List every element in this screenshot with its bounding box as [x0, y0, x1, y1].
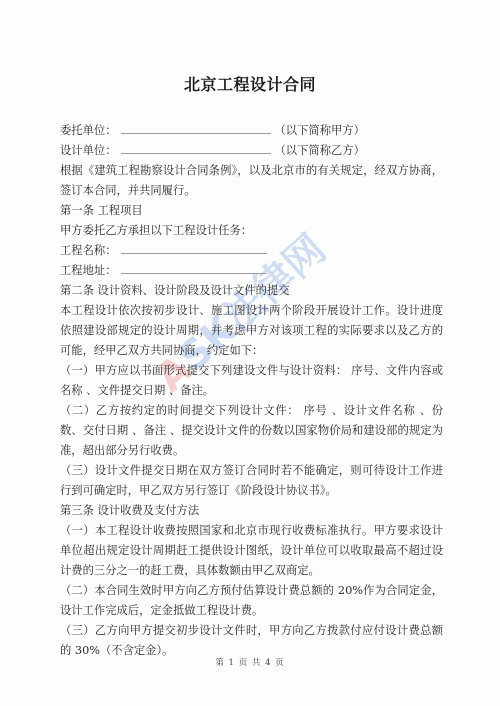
party-b-note: （以下简称乙方） — [275, 144, 365, 157]
project-name-line: 工程名称： — [60, 241, 443, 261]
party-b-label: 设计单位： — [60, 144, 117, 157]
article2-clause1: （一）甲方应以书面形式提交下列建设文件与设计资料： 序号、文件内容或名称 、文件… — [60, 361, 443, 401]
party-a-label: 委托单位： — [60, 124, 117, 137]
party-a-note: （以下简称甲方） — [275, 124, 365, 137]
article1-intro: 甲方委托乙方承担以下工程设计任务： — [60, 221, 443, 241]
page-number: 第 1 页 共 4 页 — [0, 656, 500, 668]
preamble: 根据《建筑工程勘察设计合同条例》，以及北京市的有关规定，经双方协商，签订本合同，… — [60, 161, 443, 201]
article2-clause2: （二）乙方按约定的时间提交下列设计文件： 序号 、设计文件名称 、份数、交付日期… — [60, 401, 443, 461]
article3-clause1: （一）本工程设计收费按照国家和北京市现行收费标准执行。甲方要求设计单位超出规定设… — [60, 521, 443, 581]
project-address-label: 工程地址： — [60, 264, 117, 277]
article2-clause3: （三）设计文件提交日期在双方签订合同时若不能确定，则可待设计工作进行到可确定时，… — [60, 461, 443, 501]
party-a-blank — [121, 121, 271, 134]
document-title: 北京工程设计合同 — [0, 72, 500, 95]
document-body: 委托单位：（以下简称甲方） 设计单位：（以下简称乙方） 根据《建筑工程勘察设计合… — [60, 121, 443, 661]
project-name-blank — [121, 241, 267, 254]
article3-heading: 第三条 设计收费及支付方法 — [60, 501, 443, 521]
article1-heading: 第一条 工程项目 — [60, 201, 443, 221]
party-b-blank — [121, 141, 271, 154]
party-a-line: 委托单位：（以下简称甲方） — [60, 121, 443, 141]
party-b-line: 设计单位：（以下简称乙方） — [60, 141, 443, 161]
article2-heading: 第二条 设计资料、设计阶段及设计文件的提交 — [60, 281, 443, 301]
project-address-line: 工程地址： — [60, 261, 443, 281]
article2-intro: 本工程设计依次按初步设计、施工图设计两个阶段开展设计工作。设计进度依照建设部规定… — [60, 301, 443, 361]
document-page: ASK法律网 北京工程设计合同 委托单位：（以下简称甲方） 设计单位：（以下简称… — [0, 0, 500, 706]
project-address-blank — [121, 261, 267, 274]
article3-clause3: （三）乙方向甲方提交初步设计文件时，甲方向乙方拨款付应付设计费总额的 30%（不… — [60, 621, 443, 661]
article3-clause2: （二）本合同生效时甲方向乙方预付估算设计费总额的 20%作为合同定金，设计工作完… — [60, 581, 443, 621]
project-name-label: 工程名称： — [60, 244, 117, 257]
